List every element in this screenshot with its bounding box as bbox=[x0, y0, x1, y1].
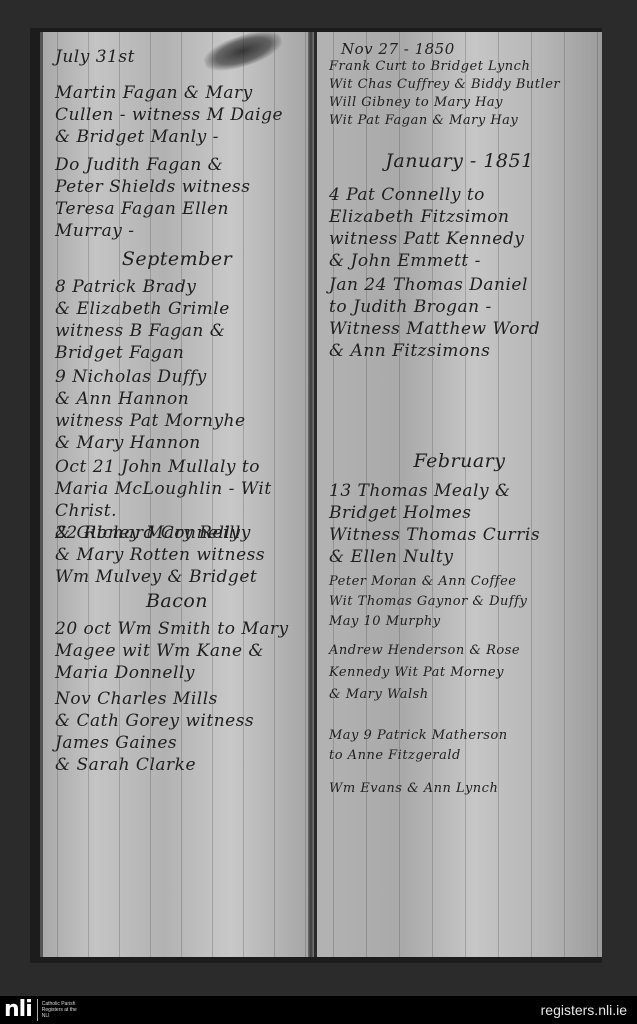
entry-record: 9 Nicholas Duffy & Ann Hannon witness Pa… bbox=[43, 366, 311, 454]
logo-caption: Catholic Parish Registers at the NLI bbox=[42, 1001, 82, 1019]
entry-record: Do Judith Fagan & Peter Shields witness … bbox=[43, 154, 311, 242]
entry-record: Martin Fagan & Mary Cullen - witness M D… bbox=[43, 82, 311, 148]
entry-record: May 9 Patrick Matherson to Anne Fitzgera… bbox=[317, 726, 602, 766]
left-page: July 31st Martin Fagan & Mary Cullen - w… bbox=[40, 32, 311, 957]
entry-record: 22 Richard Connelly & Mary Rotten witnes… bbox=[43, 522, 311, 588]
entry-record: Wm Evans & Ann Lynch bbox=[317, 778, 602, 800]
entry-record: 8 Patrick Brady & Elizabeth Grimle witne… bbox=[43, 276, 311, 364]
entry-month: February bbox=[317, 450, 602, 472]
nli-logo[interactable]: nli Catholic Parish Registers at the NLI bbox=[4, 999, 82, 1021]
footer-bar: nli Catholic Parish Registers at the NLI… bbox=[0, 996, 637, 1024]
entry-record: Frank Curt to Bridget Lynch Wit Chas Cuf… bbox=[317, 58, 602, 130]
entry-record: 4 Pat Connelly to Elizabeth Fitzsimon wi… bbox=[317, 184, 602, 272]
site-link[interactable]: registers.nli.ie bbox=[541, 1002, 627, 1018]
entry-record: Nov Charles Mills & Cath Gorey witness J… bbox=[43, 688, 311, 776]
entry-month: Bacon bbox=[43, 590, 311, 612]
entry-record: 13 Thomas Mealy & Bridget Holmes Witness… bbox=[317, 480, 602, 568]
right-page: Nov 27 - 1850 Frank Curt to Bridget Lync… bbox=[314, 32, 602, 957]
entry-record: 20 oct Wm Smith to Mary Magee wit Wm Kan… bbox=[43, 618, 311, 684]
entry-month: January - 1851 bbox=[317, 150, 602, 172]
nli-logo-icon: nli bbox=[4, 999, 38, 1021]
entry-record: Peter Moran & Ann Coffee Wit Thomas Gayn… bbox=[317, 572, 602, 632]
entry-date: July 31st bbox=[43, 46, 311, 68]
entry-record: Jan 24 Thomas Daniel to Judith Brogan - … bbox=[317, 274, 602, 362]
image-viewer[interactable]: July 31st Martin Fagan & Mary Cullen - w… bbox=[0, 0, 637, 996]
entry-record: Andrew Henderson & Rose Kennedy Wit Pat … bbox=[317, 640, 602, 706]
entry-date: Nov 27 - 1850 bbox=[317, 38, 602, 60]
entry-month: September bbox=[43, 248, 311, 270]
